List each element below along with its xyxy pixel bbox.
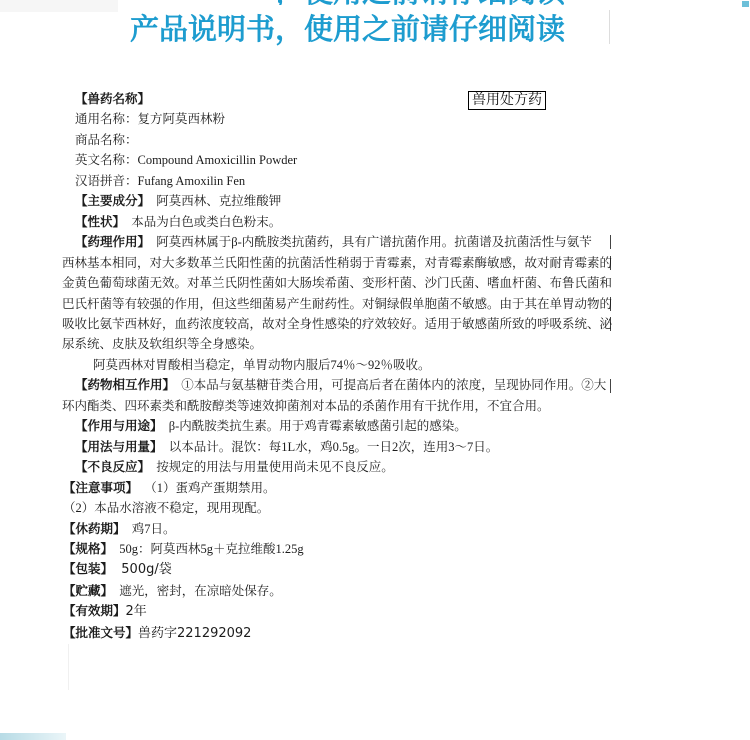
table-border-line bbox=[609, 10, 610, 44]
doc-line: 【注意事项】 （1）蛋鸡产蛋期禁用。 bbox=[62, 478, 622, 498]
doc-line-text: 鸡7日。 bbox=[126, 522, 176, 536]
table-border-line bbox=[68, 644, 69, 690]
leaflet-page: 产品说明书，使用之前请仔细阅读 产品说明书，使用之前请仔细阅读 兽用处方药 【兽… bbox=[0, 0, 750, 740]
doc-line-text: β-内酰胺类抗生素。用于鸡青霉素敏感菌引起的感染。 bbox=[163, 419, 467, 433]
doc-line: 金黄色葡萄球菌无效。对革兰氏阴性菌如大肠埃希菌、变形杆菌、沙门氏菌、嗜血杆菌、布… bbox=[62, 273, 622, 293]
doc-line-text: 遮光，密封，在凉暗处保存。 bbox=[113, 584, 282, 598]
doc-line: 巴氏杆菌等有较强的作用，但这些细菌易产生耐药性。对铜绿假单胞菌不敏感。由于其在单… bbox=[62, 294, 622, 314]
doc-line-text: 阿莫西林对胃酸相当稳定，单胃动物内服后74％～92％吸收。 bbox=[93, 358, 431, 372]
doc-line: 【有效期】2年 bbox=[62, 601, 622, 622]
doc-line-text: 尿系统、皮肤及软组织等全身感染。 bbox=[62, 337, 262, 351]
doc-line-label: 【性状】 bbox=[75, 215, 125, 229]
doc-line-text: 环内酯类、四环素类和酰胺醇类等速效抑菌剂对本品的杀菌作用有干扰作用，不宜合用。 bbox=[62, 399, 550, 413]
doc-line-text: （1）蛋鸡产蛋期禁用。 bbox=[138, 481, 276, 495]
doc-line-label: 【有效期】 bbox=[63, 604, 126, 618]
doc-line-text: 兽药字221292092 bbox=[138, 626, 251, 641]
doc-line: 【主要成分】 阿莫西林、克拉维酸钾 bbox=[62, 191, 622, 211]
doc-line-text: ①本品与氨基糖苷类合用，可提高后者在菌体内的浓度，呈现协同作用。②大 bbox=[175, 378, 606, 392]
doc-line-label: 【不良反应】 bbox=[75, 460, 150, 474]
doc-line-text: 本品为白色或类白色粉末。 bbox=[125, 215, 281, 229]
doc-line-text: 巴氏杆菌等有较强的作用，但这些细菌易产生耐药性。对铜绿假单胞菌不敏感。由于其在单… bbox=[62, 297, 612, 311]
doc-line: 【性状】 本品为白色或类白色粉末。 bbox=[62, 212, 622, 232]
doc-line: 尿系统、皮肤及软组织等全身感染。 bbox=[62, 334, 622, 354]
doc-line-label: 【规格】 bbox=[63, 542, 113, 556]
doc-line: 【药理作用】 阿莫西林属于β-内酰胺类抗菌药，具有广谱抗菌作用。抗菌谱及抗菌活性… bbox=[62, 232, 622, 252]
doc-line-label: 【批准文号】 bbox=[63, 626, 138, 640]
doc-line-text: 2年 bbox=[126, 604, 147, 619]
doc-line-label: 【注意事项】 bbox=[63, 481, 138, 495]
scan-artifact-dot bbox=[742, 1, 749, 7]
doc-line: 【作用与用途】 β-内酰胺类抗生素。用于鸡青霉素敏感菌引起的感染。 bbox=[62, 416, 622, 436]
doc-line: 阿莫西林对胃酸相当稳定，单胃动物内服后74％～92％吸收。 bbox=[62, 355, 622, 375]
doc-line-text: 阿莫西林属于β-内酰胺类抗菌药，具有广谱抗菌作用。抗菌谱及抗菌活性与氨苄 bbox=[150, 235, 592, 249]
doc-line: 【包装】 500g/袋 bbox=[62, 559, 622, 580]
doc-line: 西林基本相同，对大多数革兰氏阳性菌的抗菌活性稍弱于青霉素，对青霉素酶敏感，故对耐… bbox=[62, 253, 622, 273]
doc-line-text: 商品名称： bbox=[75, 133, 138, 147]
doc-line-label: 【休药期】 bbox=[63, 522, 126, 536]
doc-line: 【批准文号】兽药字221292092 bbox=[62, 623, 622, 644]
doc-line-label: 【药理作用】 bbox=[75, 235, 150, 249]
clipped-header-text: 产品说明书，使用之前请仔细阅读 bbox=[278, 0, 578, 5]
doc-line-label: 【用法与用量】 bbox=[75, 440, 163, 454]
doc-line-text: 金黄色葡萄球菌无效。对革兰氏阴性菌如大肠埃希菌、变形杆菌、沙门氏菌、嗜血杆菌、布… bbox=[62, 276, 612, 290]
doc-line-text: 汉语拼音：Fufang Amoxilin Fen bbox=[75, 174, 245, 188]
doc-line: （2）本品水溶液不稳定，现用现配。 bbox=[62, 498, 622, 518]
doc-line-text: 500g/袋 bbox=[113, 562, 172, 577]
doc-line-text: 以本品计。混饮：每1L水，鸡0.5g。一日2次，连用3～7日。 bbox=[163, 440, 499, 454]
doc-line: 【用法与用量】 以本品计。混饮：每1L水，鸡0.5g。一日2次，连用3～7日。 bbox=[62, 437, 622, 457]
doc-line: 【兽药名称】 bbox=[62, 89, 622, 109]
scan-artifact-smudge bbox=[0, 733, 66, 740]
doc-line-text: （2）本品水溶液不稳定，现用现配。 bbox=[63, 501, 269, 515]
doc-line: 【贮藏】 遮光，密封，在凉暗处保存。 bbox=[62, 581, 622, 601]
doc-line-text: 50g：阿莫西林5g＋克拉维酸1.25g bbox=[113, 542, 304, 556]
doc-line-text: 西林基本相同，对大多数革兰氏阳性菌的抗菌活性稍弱于青霉素，对青霉素酶敏感，故对耐… bbox=[62, 256, 612, 270]
doc-line-label: 【贮藏】 bbox=[63, 584, 113, 598]
doc-line: 通用名称：复方阿莫西林粉 bbox=[62, 109, 622, 129]
doc-line: 商品名称： bbox=[62, 130, 622, 150]
doc-line-text: 按规定的用法与用量使用尚未见不良反应。 bbox=[150, 460, 394, 474]
doc-line: 【药物相互作用】 ①本品与氨基糖苷类合用，可提高后者在菌体内的浓度，呈现协同作用… bbox=[62, 375, 622, 395]
doc-line: 环内酯类、四环素类和酰胺醇类等速效抑菌剂对本品的杀菌作用有干扰作用，不宜合用。 bbox=[62, 396, 622, 416]
page-title: 产品说明书，使用之前请仔细阅读 bbox=[130, 13, 565, 45]
doc-line: 吸收比氨苄西林好，血药浓度较高，故对全身性感染的疗效较好。适用于敏感菌所致的呼吸… bbox=[62, 314, 622, 334]
document-body: 【兽药名称】通用名称：复方阿莫西林粉商品名称：英文名称：Compound Amo… bbox=[62, 89, 622, 644]
doc-line: 汉语拼音：Fufang Amoxilin Fen bbox=[62, 171, 622, 191]
doc-line: 【休药期】 鸡7日。 bbox=[62, 519, 622, 539]
doc-line-text: 阿莫西林、克拉维酸钾 bbox=[150, 194, 281, 208]
doc-line-text: 英文名称：Compound Amoxicillin Powder bbox=[75, 153, 297, 167]
doc-line-label: 【作用与用途】 bbox=[75, 419, 163, 433]
doc-line: 【规格】 50g：阿莫西林5g＋克拉维酸1.25g bbox=[62, 539, 622, 559]
doc-line-label: 【主要成分】 bbox=[75, 194, 150, 208]
doc-line: 【不良反应】 按规定的用法与用量使用尚未见不良反应。 bbox=[62, 457, 622, 477]
doc-line-text: 吸收比氨苄西林好，血药浓度较高，故对全身性感染的疗效较好。适用于敏感菌所致的呼吸… bbox=[62, 317, 612, 331]
doc-line-label: 【包装】 bbox=[63, 562, 113, 576]
scan-artifact-corner bbox=[0, 0, 118, 12]
clipped-header-fragment: 产品说明书，使用之前请仔细阅读 bbox=[278, 0, 578, 5]
doc-line-label: 【药物相互作用】 bbox=[75, 378, 175, 392]
doc-line-text: 通用名称：复方阿莫西林粉 bbox=[75, 112, 225, 126]
doc-line: 英文名称：Compound Amoxicillin Powder bbox=[62, 150, 622, 170]
doc-line-label: 【兽药名称】 bbox=[75, 92, 150, 106]
